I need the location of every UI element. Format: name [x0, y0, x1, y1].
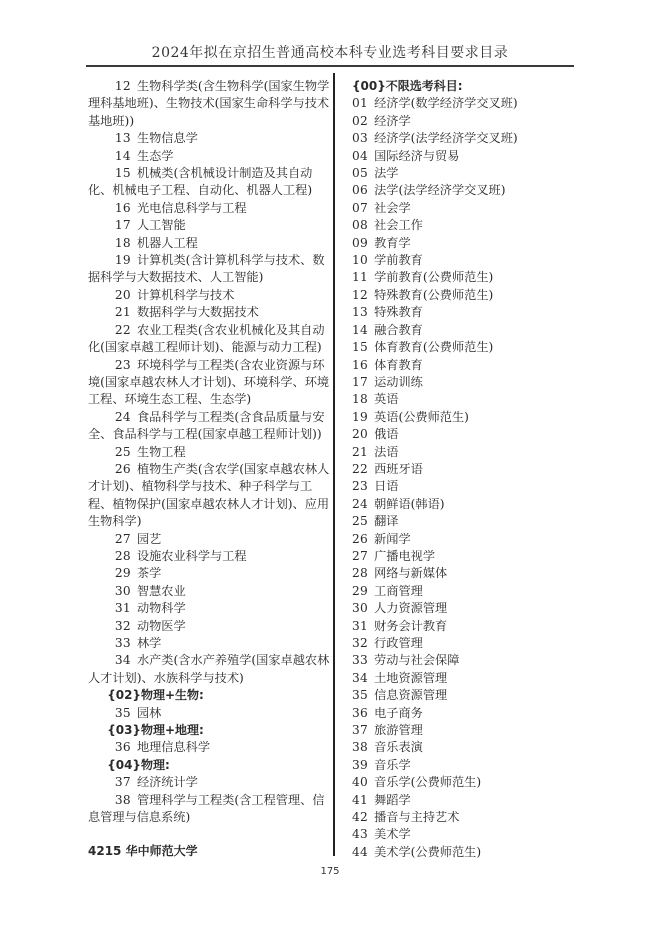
item-number: 15: [352, 340, 368, 354]
item-number: 18: [352, 392, 368, 406]
item-number: 35: [115, 706, 131, 720]
major-list-02: 35园林: [88, 705, 330, 722]
item-number: 30: [115, 584, 131, 598]
item-text: 美术学(公费师范生): [374, 845, 481, 859]
section-heading-00: {00}不限选考科目:: [352, 78, 572, 95]
list-item: 23环境科学与工程类(含农业资源与环境(国家卓越农林人才计划)、环境科学、环境工…: [88, 357, 330, 409]
item-text: 网络与新媒体: [374, 566, 447, 580]
list-item: 28网络与新媒体: [352, 565, 572, 582]
item-number: 12: [352, 288, 368, 302]
item-text: 动物医学: [137, 619, 186, 633]
item-number: 26: [352, 532, 368, 546]
list-item: 30智慧农业: [88, 583, 330, 600]
item-text: 美术学: [374, 827, 411, 841]
list-item: 30人力资源管理: [352, 600, 572, 617]
item-number: 21: [115, 305, 131, 319]
item-number: 37: [352, 723, 368, 737]
item-text: 茶学: [137, 566, 161, 580]
item-text: 广播电视学: [374, 549, 435, 563]
item-text: 劳动与社会保障: [374, 653, 459, 667]
item-text: 西班牙语: [374, 462, 423, 476]
item-number: 06: [352, 183, 368, 197]
item-text: 土地资源管理: [374, 671, 447, 685]
item-text: 人工智能: [137, 218, 186, 232]
list-item: 14生态学: [88, 148, 330, 165]
item-text: 学前教育(公费师范生): [374, 270, 493, 284]
item-number: 24: [115, 410, 131, 424]
item-number: 01: [352, 96, 368, 110]
list-item: 33劳动与社会保障: [352, 652, 572, 669]
item-number: 13: [115, 131, 131, 145]
item-text: 社会工作: [374, 218, 423, 232]
item-number: 30: [352, 601, 368, 615]
list-item: 12特殊教育(公费师范生): [352, 287, 572, 304]
item-number: 41: [352, 793, 368, 807]
item-number: 13: [352, 305, 368, 319]
list-item: 32动物医学: [88, 618, 330, 635]
item-number: 34: [115, 653, 131, 667]
item-text: 旅游管理: [374, 723, 423, 737]
item-number: 12: [115, 79, 131, 93]
item-number: 14: [352, 323, 368, 337]
item-text: 行政管理: [374, 636, 423, 650]
list-item: 34水产类(含水产养殖学(国家卓越农林人才计划)、水族科学与技术): [88, 652, 330, 687]
item-text: 电子商务: [374, 706, 423, 720]
item-text: 播音与主持艺术: [374, 810, 459, 824]
item-text: 英语(公费师范生): [374, 410, 469, 424]
list-item: 17人工智能: [88, 217, 330, 234]
item-number: 42: [352, 810, 368, 824]
list-item: 31动物科学: [88, 600, 330, 617]
item-text: 法语: [374, 445, 398, 459]
list-item: 07社会学: [352, 200, 572, 217]
item-text: 舞蹈学: [374, 793, 411, 807]
item-text: 林学: [137, 636, 161, 650]
item-text: 音乐表演: [374, 740, 423, 754]
item-text: 机器人工程: [137, 236, 198, 250]
item-number: 17: [115, 218, 131, 232]
item-number: 34: [352, 671, 368, 685]
list-item: 06法学(法学经济学交叉班): [352, 182, 572, 199]
item-text: 英语: [374, 392, 398, 406]
item-text: 智慧农业: [137, 584, 186, 598]
list-item: 23日语: [352, 478, 572, 495]
list-item: 21数据科学与大数据技术: [88, 304, 330, 321]
list-item: 18机器人工程: [88, 235, 330, 252]
list-item: 36地理信息科学: [88, 739, 330, 756]
item-text: 社会学: [374, 201, 411, 215]
item-number: 19: [115, 253, 131, 267]
item-number: 35: [352, 688, 368, 702]
item-number: 23: [115, 358, 131, 372]
item-text: 法学(法学经济学交叉班): [374, 183, 505, 197]
item-number: 33: [115, 636, 131, 650]
list-item: 26新闻学: [352, 531, 572, 548]
item-number: 16: [352, 358, 368, 372]
item-number: 32: [115, 619, 131, 633]
item-text: 光电信息科学与工程: [137, 201, 247, 215]
item-text: 生物信息学: [137, 131, 198, 145]
list-item: 29工商管理: [352, 583, 572, 600]
list-item: 34土地资源管理: [352, 670, 572, 687]
item-number: 22: [115, 323, 131, 337]
list-item: 18英语: [352, 391, 572, 408]
item-number: 38: [115, 793, 131, 807]
list-item: 35信息资源管理: [352, 687, 572, 704]
list-item: 16体育教育: [352, 357, 572, 374]
item-number: 28: [115, 549, 131, 563]
item-number: 21: [352, 445, 368, 459]
section-heading-04: {04}物理:: [88, 757, 330, 774]
item-number: 24: [352, 497, 368, 511]
list-item: 25生物工程: [88, 444, 330, 461]
item-text: 人力资源管理: [374, 601, 447, 615]
left-column: 12生物科学类(含生物科学(国家生物学理科基地班)、生物技术(国家生命科学与技术…: [88, 78, 330, 861]
item-number: 23: [352, 479, 368, 493]
item-number: 03: [352, 131, 368, 145]
list-item: 17运动训练: [352, 374, 572, 391]
item-text: 园艺: [137, 532, 161, 546]
list-item: 29茶学: [88, 565, 330, 582]
item-text: 地理信息科学: [137, 740, 210, 754]
item-number: 40: [352, 775, 368, 789]
header-rule: [86, 65, 574, 67]
list-item: 42播音与主持艺术: [352, 809, 572, 826]
item-number: 10: [352, 253, 368, 267]
item-text: 俄语: [374, 427, 398, 441]
item-number: 32: [352, 636, 368, 650]
major-list-left: 12生物科学类(含生物科学(国家生物学理科基地班)、生物技术(国家生命科学与技术…: [88, 78, 330, 687]
item-text: 经济学(数学经济学交叉班): [374, 96, 518, 110]
item-number: 31: [115, 601, 131, 615]
item-text: 音乐学: [374, 758, 411, 772]
list-item: 35园林: [88, 705, 330, 722]
list-item: 12生物科学类(含生物科学(国家生物学理科基地班)、生物技术(国家生命科学与技术…: [88, 78, 330, 130]
item-number: 09: [352, 236, 368, 250]
item-text: 生物工程: [137, 445, 186, 459]
item-number: 33: [352, 653, 368, 667]
item-text: 运动训练: [374, 375, 423, 389]
item-number: 11: [352, 270, 368, 284]
list-item: 13特殊教育: [352, 304, 572, 321]
list-item: 39音乐学: [352, 757, 572, 774]
list-item: 41舞蹈学: [352, 792, 572, 809]
list-item: 09教育学: [352, 235, 572, 252]
major-list-04: 37经济统计学38管理科学与工程类(含工程管理、信息管理与信息系统): [88, 774, 330, 826]
item-text: 翻译: [374, 514, 398, 528]
list-item: 05法学: [352, 165, 572, 182]
item-text: 融合教育: [374, 323, 423, 337]
item-number: 36: [115, 740, 131, 754]
list-item: 37经济统计学: [88, 774, 330, 791]
list-item: 43美术学: [352, 826, 572, 843]
item-text: 经济学(法学经济学交叉班): [374, 131, 518, 145]
item-text: 法学: [374, 166, 398, 180]
list-item: 13生物信息学: [88, 130, 330, 147]
list-item: 08社会工作: [352, 217, 572, 234]
list-item: 38管理科学与工程类(含工程管理、信息管理与信息系统): [88, 792, 330, 827]
list-item: 04国际经济与贸易: [352, 148, 572, 165]
school-heading: 4215 华中师范大学: [88, 843, 330, 860]
school-name: 华中师范大学: [126, 844, 198, 858]
item-number: 25: [115, 445, 131, 459]
major-list-00: 01经济学(数学经济学交叉班)02经济学03经济学(法学经济学交叉班)04国际经…: [352, 95, 572, 861]
list-item: 32行政管理: [352, 635, 572, 652]
list-item: 02经济学: [352, 113, 572, 130]
list-item: 20计算机科学与技术: [88, 287, 330, 304]
item-text: 音乐学(公费师范生): [374, 775, 481, 789]
page-number: 175: [0, 866, 660, 877]
item-number: 22: [352, 462, 368, 476]
item-text: 设施农业科学与工程: [137, 549, 247, 563]
list-item: 10学前教育: [352, 252, 572, 269]
item-text: 经济统计学: [137, 775, 198, 789]
list-item: 22西班牙语: [352, 461, 572, 478]
item-number: 38: [352, 740, 368, 754]
list-item: 24食品科学与工程类(含食品质量与安全、食品科学与工程(国家卓越工程师计划)): [88, 409, 330, 444]
item-number: 31: [352, 619, 368, 633]
item-number: 16: [115, 201, 131, 215]
list-item: 24朝鲜语(韩语): [352, 496, 572, 513]
item-text: 经济学: [374, 114, 411, 128]
list-item: 38音乐表演: [352, 739, 572, 756]
spacer: [88, 826, 330, 843]
list-item: 31财务会计教育: [352, 618, 572, 635]
column-divider: [333, 73, 335, 856]
item-number: 08: [352, 218, 368, 232]
list-item: 44美术学(公费师范生): [352, 844, 572, 861]
item-number: 04: [352, 149, 368, 163]
item-number: 39: [352, 758, 368, 772]
item-number: 02: [352, 114, 368, 128]
list-item: 36电子商务: [352, 705, 572, 722]
list-item: 40音乐学(公费师范生): [352, 774, 572, 791]
item-text: 体育教育(公费师范生): [374, 340, 493, 354]
item-text: 特殊教育(公费师范生): [374, 288, 493, 302]
list-item: 25翻译: [352, 513, 572, 530]
item-text: 体育教育: [374, 358, 423, 372]
item-text: 生态学: [137, 149, 174, 163]
item-number: 44: [352, 845, 368, 859]
list-item: 28设施农业科学与工程: [88, 548, 330, 565]
section-heading-03: {03}物理+地理:: [88, 722, 330, 739]
item-number: 20: [352, 427, 368, 441]
item-number: 20: [115, 288, 131, 302]
list-item: 27园艺: [88, 531, 330, 548]
item-text: 新闻学: [374, 532, 411, 546]
list-item: 22农业工程类(含农业机械化及其自动化(国家卓越工程师计划)、能源与动力工程): [88, 322, 330, 357]
item-text: 国际经济与贸易: [374, 149, 459, 163]
item-text: 信息资源管理: [374, 688, 447, 702]
list-item: 27广播电视学: [352, 548, 572, 565]
item-number: 15: [115, 166, 131, 180]
item-text: 动物科学: [137, 601, 186, 615]
item-number: 29: [352, 584, 368, 598]
item-number: 27: [352, 549, 368, 563]
item-number: 25: [352, 514, 368, 528]
list-item: 15体育教育(公费师范生): [352, 339, 572, 356]
item-number: 14: [115, 149, 131, 163]
list-item: 14融合教育: [352, 322, 572, 339]
list-item: 20俄语: [352, 426, 572, 443]
list-item: 16光电信息科学与工程: [88, 200, 330, 217]
list-item: 26植物生产类(含农学(国家卓越农林人才计划)、植物科学与技术、种子科学与工程、…: [88, 461, 330, 531]
item-text: 学前教育: [374, 253, 423, 267]
item-number: 05: [352, 166, 368, 180]
list-item: 01经济学(数学经济学交叉班): [352, 95, 572, 112]
list-item: 19计算机类(含计算机科学与技术、数据科学与大数据技术、人工智能): [88, 252, 330, 287]
item-text: 园林: [137, 706, 161, 720]
item-number: 07: [352, 201, 368, 215]
item-text: 特殊教育: [374, 305, 423, 319]
list-item: 37旅游管理: [352, 722, 572, 739]
item-number: 43: [352, 827, 368, 841]
item-number: 36: [352, 706, 368, 720]
item-text: 朝鲜语(韩语): [374, 497, 444, 511]
item-number: 18: [115, 236, 131, 250]
item-number: 29: [115, 566, 131, 580]
item-text: 日语: [374, 479, 398, 493]
item-number: 17: [352, 375, 368, 389]
item-number: 28: [352, 566, 368, 580]
major-list-03: 36地理信息科学: [88, 739, 330, 756]
right-column: {00}不限选考科目: 01经济学(数学经济学交叉班)02经济学03经济学(法学…: [352, 78, 572, 861]
item-number: 27: [115, 532, 131, 546]
item-number: 26: [115, 462, 131, 476]
item-number: 19: [352, 410, 368, 424]
school-code: 4215: [88, 844, 121, 858]
list-item: 21法语: [352, 444, 572, 461]
item-text: 工商管理: [374, 584, 423, 598]
item-text: 数据科学与大数据技术: [137, 305, 259, 319]
item-text: 教育学: [374, 236, 411, 250]
list-item: 15机械类(含机械设计制造及其自动化、机械电子工程、自动化、机器人工程): [88, 165, 330, 200]
item-text: 财务会计教育: [374, 619, 447, 633]
section-heading-02: {02}物理+生物:: [88, 687, 330, 704]
list-item: 03经济学(法学经济学交叉班): [352, 130, 572, 147]
item-number: 37: [115, 775, 131, 789]
page-title: 2024年拟在京招生普通高校本科专业选考科目要求目录: [86, 44, 574, 62]
list-item: 19英语(公费师范生): [352, 409, 572, 426]
list-item: 11学前教育(公费师范生): [352, 269, 572, 286]
item-text: 计算机科学与技术: [137, 288, 235, 302]
list-item: 33林学: [88, 635, 330, 652]
